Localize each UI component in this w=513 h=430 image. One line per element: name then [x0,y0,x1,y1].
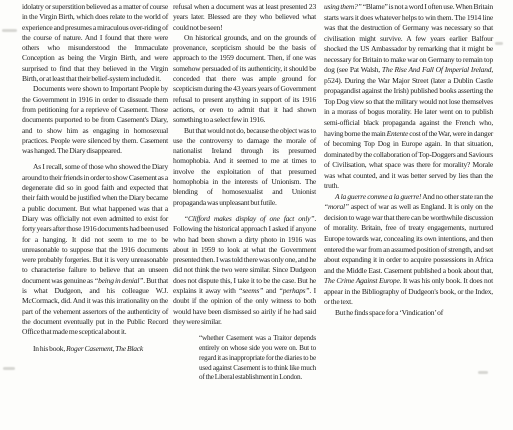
scan-smudge [2,29,17,32]
paragraph: refusal when a document was at least pre… [173,2,316,33]
text-segment: refusal when a document was at least pre… [173,2,316,32]
text-segment: , p524). During the War Major Street (la… [324,65,493,137]
text-segment: “seems” [238,286,263,295]
text-segment: . Following the historical approach I as… [173,214,316,295]
scan-smudge [3,367,15,370]
text-segment: On historical grounds, and on the ground… [173,33,316,124]
column-1: idolatry or superstition believed as a m… [22,2,168,383]
text-segment: idolatry or superstition believed as a m… [22,2,168,83]
paragraph: A la guerre comme a la guerre! And no ot… [324,192,493,308]
text-columns: idolatry or superstition believed as a m… [22,2,493,383]
paragraph: using them?” “Blame” is not a word I oft… [324,2,493,192]
column-2: refusal when a document was at least pre… [173,2,316,383]
paragraph: As I recall, some of those who showed th… [22,162,168,337]
text-segment: “Clifford makes display of one fact only… [184,214,314,223]
paragraph: On historical grounds, and on the ground… [173,33,316,126]
text-segment: “Blame” is not a word I often use. When … [324,2,493,74]
paragraph: “Clifford makes display of one fact only… [173,214,316,327]
scanned-page: idolatry or superstition believed as a m… [0,0,513,430]
text-segment: aspect of war as well as England. It is … [324,202,493,274]
text-segment: But he finds space for a ‘Vindication’ o… [335,308,443,317]
text-segment: “moral” [324,202,349,211]
paragraph: Documents were shown to Important People… [22,84,168,156]
scan-smudge [495,42,503,45]
paragraph: idolatry or superstition believed as a m… [22,2,168,84]
text-segment: And no other state ran the [421,192,493,201]
text-segment: “perhaps” [279,286,310,295]
text-segment: and [263,286,279,295]
text-segment: The Crime Against Europe [324,276,400,285]
text-segment: The Rise And Fall Of Imperial Ireland [382,65,491,74]
text-segment: A la guerre comme a la guerre! [335,192,421,201]
paragraph: In his book, Roger Casement, The Black [22,344,168,354]
column-3: using them?” “Blame” is not a word I oft… [324,2,493,383]
block-quote: “whether Casement was a Traitor depends … [199,334,316,383]
text-segment: Entente [387,129,409,138]
text-segment: “being in denial” [94,276,143,285]
text-segment: “whether Casement was a Traitor depends … [199,334,316,381]
text-segment: As I recall, some of those who showed th… [22,162,168,284]
text-segment: using them?” [324,2,362,11]
text-segment: Roger Casement, The Black [66,344,143,353]
paragraph: But he finds space for a ‘Vindication’ o… [324,308,493,319]
text-segment: In his book, [33,344,66,353]
text-segment: But that would not do, because the objec… [173,126,316,207]
paragraph: But that would not do, because the objec… [173,126,316,208]
text-segment: Documents were shown to Important People… [22,84,168,155]
